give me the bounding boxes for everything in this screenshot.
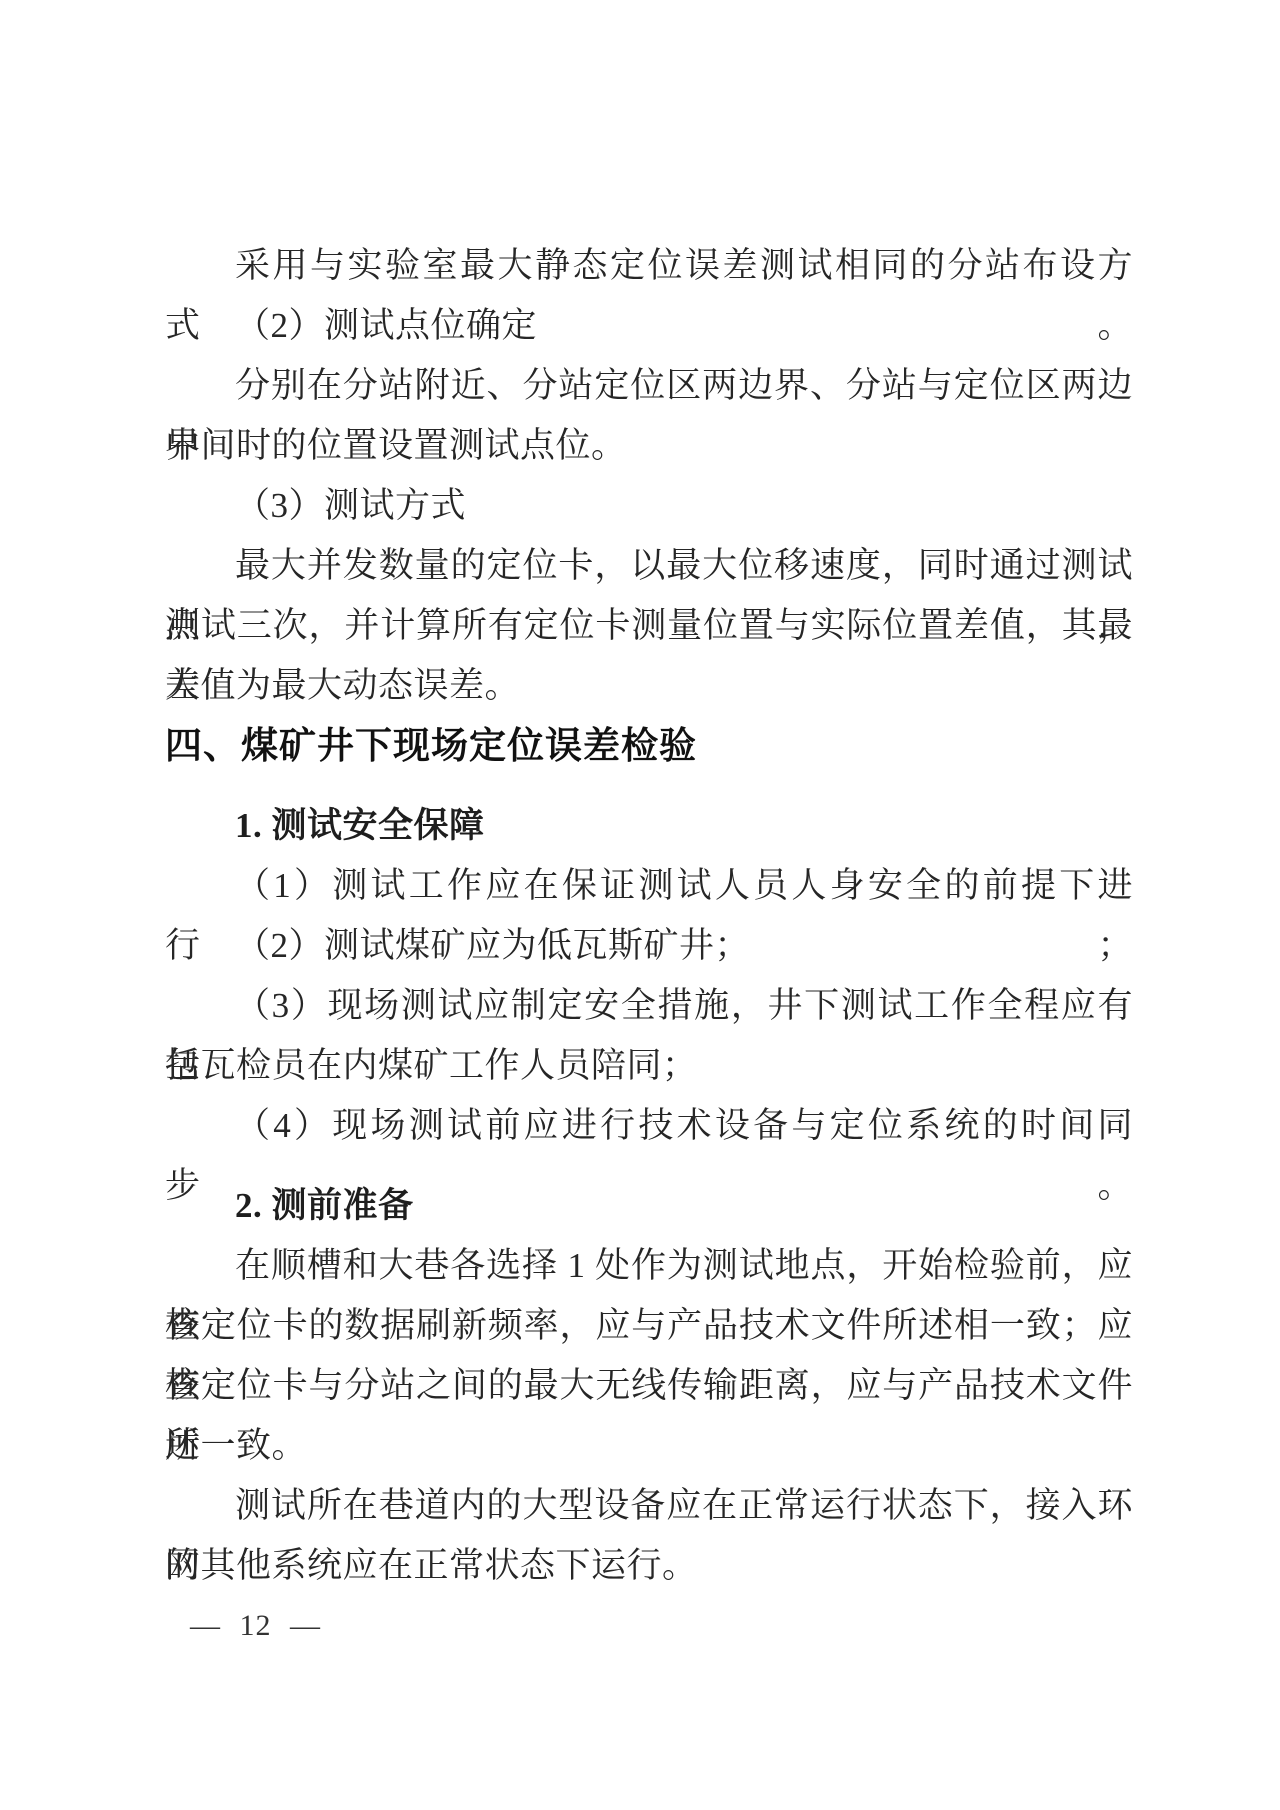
text-line: 在顺槽和大巷各选择 1 处作为测试地点，开始检验前，应核 xyxy=(165,1236,1133,1296)
text-line: （1）测试工作应在保证测试人员人身安全的前提下进行； xyxy=(165,856,1133,916)
text-line: 差值为最大动态误差。 xyxy=(165,656,1133,716)
text-line: 查定位卡与分站之间的最大无线传输距离，应与产品技术文件所 xyxy=(165,1356,1133,1416)
text-line: 述一致。 xyxy=(165,1416,1133,1476)
text-line: 测试所在巷道内的大型设备应在正常运行状态下，接入环网 xyxy=(165,1476,1133,1536)
text-line: 测试三次，并计算所有定位卡测量位置与实际位置差值，其最大 xyxy=(165,596,1133,656)
text-line: 最大并发数量的定位卡，以最大位移速度，同时通过测试点， xyxy=(165,536,1133,596)
text-line: 括瓦检员在内煤矿工作人员陪同； xyxy=(165,1036,1133,1096)
text-line: 查定位卡的数据刷新频率，应与产品技术文件所述相一致；应核 xyxy=(165,1296,1133,1356)
text-line: 中间时的位置设置测试点位。 xyxy=(165,416,1133,476)
document-body: 采用与实验室最大静态定位误差测试相同的分站布设方式。 （2）测试点位确定 分别在… xyxy=(165,236,1133,1656)
document-page: 采用与实验室最大静态定位误差测试相同的分站布设方式。 （2）测试点位确定 分别在… xyxy=(0,0,1280,1810)
list-item-label: （3）测试方式 xyxy=(165,476,1133,536)
subsection-heading: 1. 测试安全保障 xyxy=(165,796,1133,856)
page-number: — 12 — xyxy=(165,1596,1133,1656)
text-line: 分别在分站附近、分站定位区两边界、分站与定位区两边界 xyxy=(165,356,1133,416)
text-line: 的其他系统应在正常状态下运行。 xyxy=(165,1536,1133,1596)
section-heading: 四、煤矿井下现场定位误差检验 xyxy=(165,716,1133,776)
text-line: （3）现场测试应制定安全措施，井下测试工作全程应有包 xyxy=(165,976,1133,1036)
text-line: （4）现场测试前应进行技术设备与定位系统的时间同步。 xyxy=(165,1096,1133,1156)
text-line: 采用与实验室最大静态定位误差测试相同的分站布设方式。 xyxy=(165,236,1133,296)
